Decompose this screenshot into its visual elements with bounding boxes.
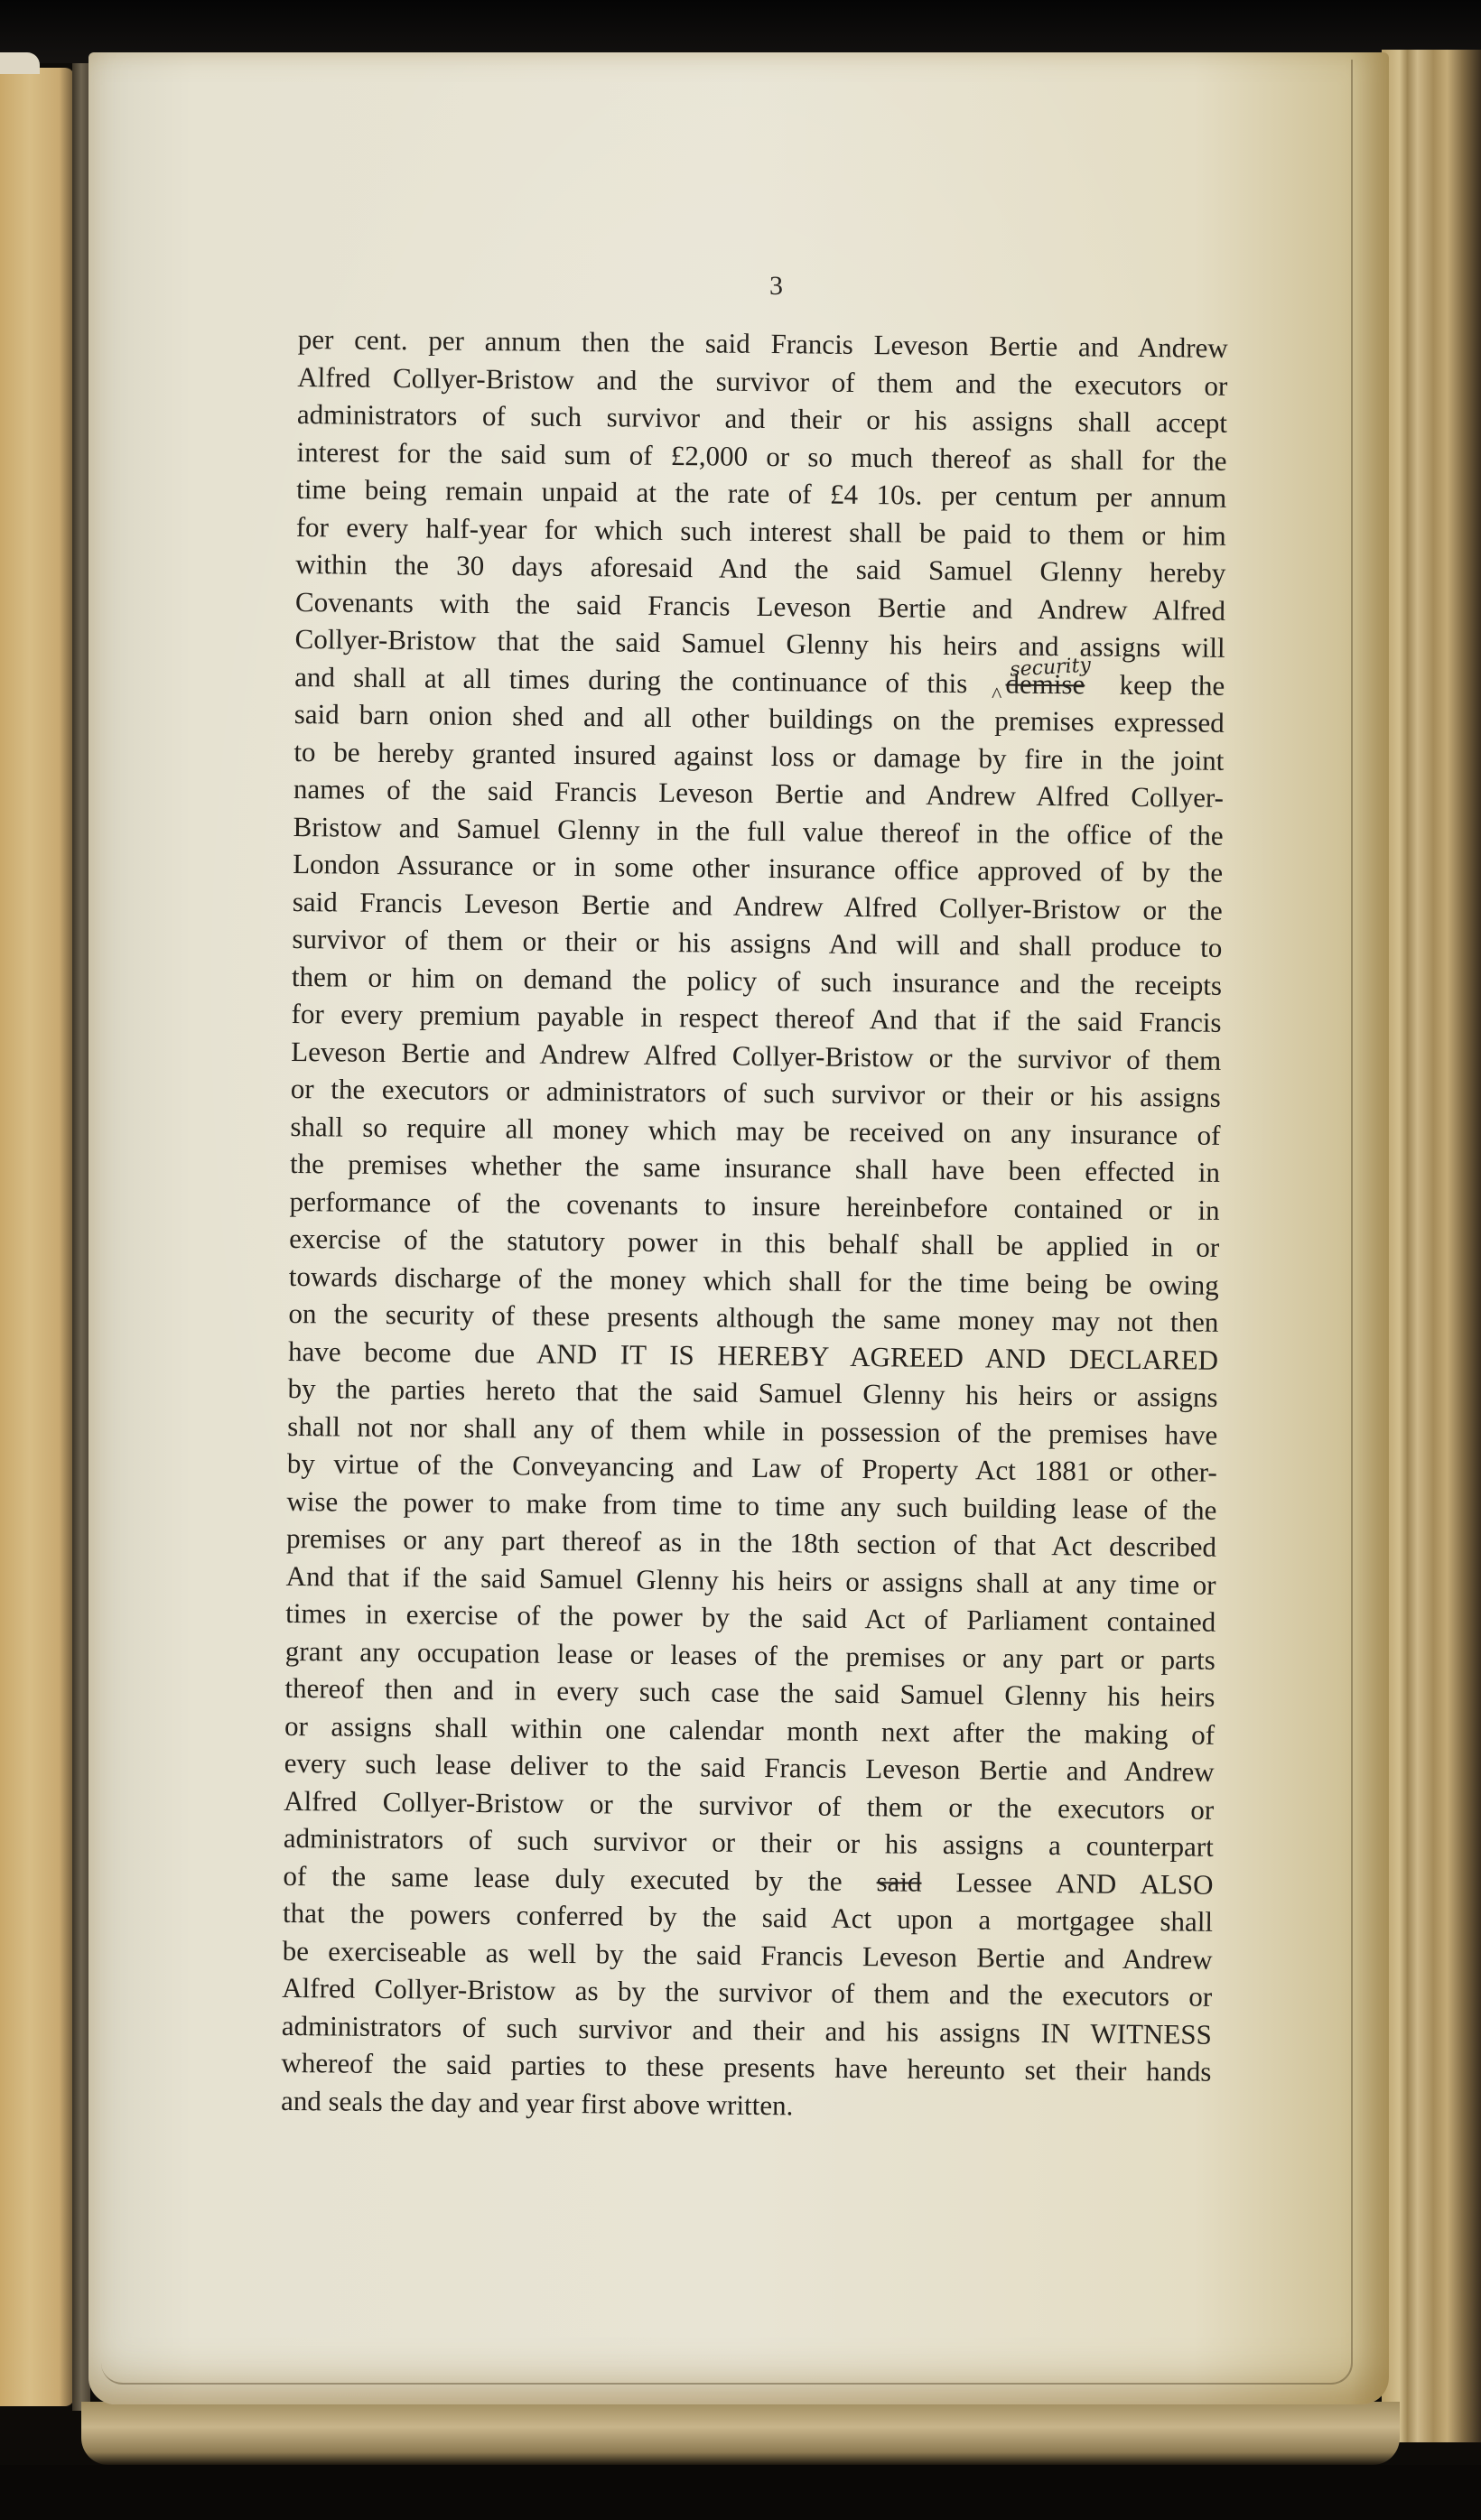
text-segment: of the same lease duly executed by the [283,1859,842,1896]
page-stack-edge [1382,50,1481,2442]
left-page-edge [0,68,74,2406]
struck-word: said [876,1865,921,1897]
page-bottom-edge [81,2402,1400,2465]
bottom-shadow [0,2465,1481,2520]
insertion-caret: ^ [992,677,1002,715]
book-gutter [72,63,90,2411]
page-number: 3 [769,271,783,302]
text-segment: and shall at all times during the contin… [294,660,967,698]
text-segment: keep the [1119,668,1225,701]
handwritten-insertion: security [1009,646,1092,689]
text-segment: Lessee AND ALSO [955,1866,1213,1901]
left-page-top [0,52,40,74]
document-body: per cent. per annum then the said Franci… [281,321,1228,2128]
